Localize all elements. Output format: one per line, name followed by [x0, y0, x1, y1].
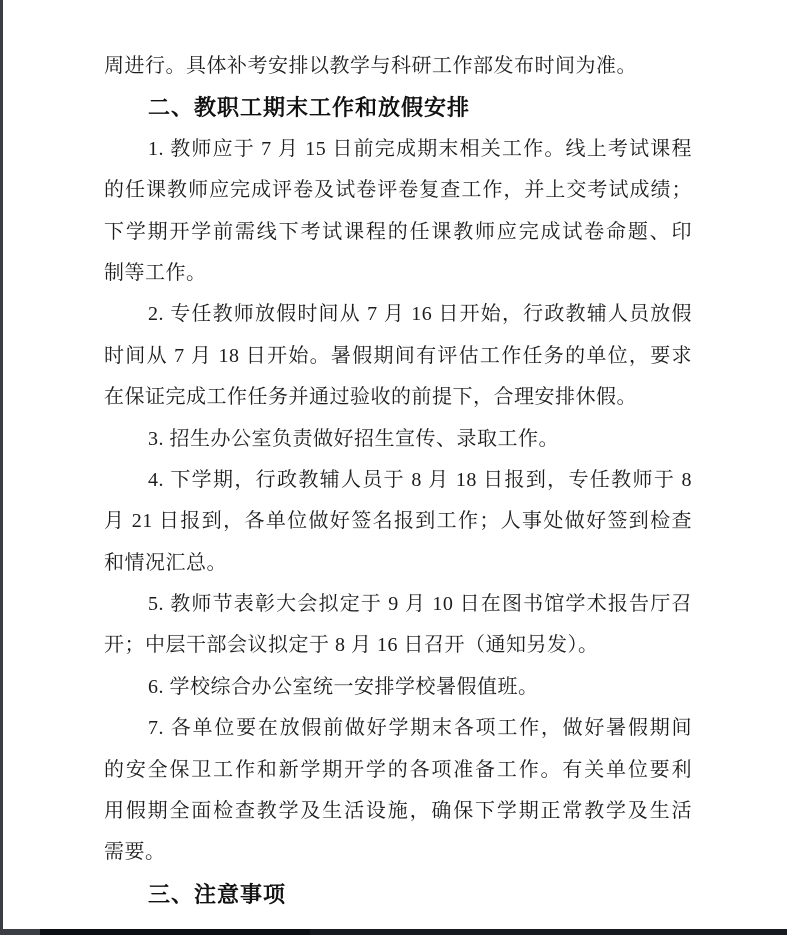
page-bottom-edge-segment — [40, 929, 310, 935]
paragraph: 周进行。具体补考安排以教学与科研工作部发布时间为准。 — [104, 46, 692, 87]
section-heading: 二、教职工期末工作和放假安排 — [104, 87, 692, 128]
paragraph: 1. 教师应于 7 月 15 日前完成期末相关工作。线上考试课程的任课教师应完成… — [104, 129, 692, 295]
paragraph: 2. 专任教师放假时间从 7 月 16 日开始，行政教辅人员放假时间从 7 月 … — [104, 294, 692, 418]
paragraph: 三、注意事项 — [104, 874, 692, 915]
paragraph: 5. 教师节表彰大会拟定于 9 月 10 日在图书馆学术报告厅召开；中层干部会议… — [104, 584, 692, 667]
text-line: 的任课教师应完成评卷及试卷评卷复查工作，并上交考试成绩； — [104, 170, 692, 211]
text-line: 月 21 日报到，各单位做好签名报到工作；人事处做好签到检查 — [104, 501, 692, 542]
text-line: 4. 下学期，行政教辅人员于 8 月 18 日报到，专任教师于 8 — [104, 460, 692, 501]
text-line: 用假期全面检查教学及生活设施，确保下学期正常教学及生活 — [104, 791, 692, 832]
text-line: 下学期开学前需线下考试课程的任课教师应完成试卷命题、印 — [104, 212, 692, 253]
text-line: 在保证完成工作任务并通过验收的前提下，合理安排休假。 — [104, 377, 692, 418]
paragraph: 3. 招生办公室负责做好招生宣传、录取工作。 — [104, 419, 692, 460]
section-heading: 三、注意事项 — [104, 874, 692, 915]
text-line: 时间从 7 月 18 日开始。暑假期间有评估工作任务的单位，要求 — [104, 336, 692, 377]
text-line: 2. 专任教师放假时间从 7 月 16 日开始，行政教辅人员放假 — [104, 294, 692, 335]
text-line: 5. 教师节表彰大会拟定于 9 月 10 日在图书馆学术报告厅召 — [104, 584, 692, 625]
text-line: 制等工作。 — [104, 253, 692, 294]
text-line: 3. 招生办公室负责做好招生宣传、录取工作。 — [104, 419, 692, 460]
page-bottom-edge-segment — [0, 929, 40, 935]
document-body: 周进行。具体补考安排以教学与科研工作部发布时间为准。二、教职工期末工作和放假安排… — [104, 46, 692, 915]
text-line: 开；中层干部会议拟定于 8 月 16 日召开（通知另发）。 — [104, 625, 692, 666]
text-line: 和情况汇总。 — [104, 543, 692, 584]
text-line: 的安全保卫工作和新学期开学的各项准备工作。有关单位要利 — [104, 750, 692, 791]
text-line: 6. 学校综合办公室统一安排学校暑假值班。 — [104, 667, 692, 708]
paragraph: 4. 下学期，行政教辅人员于 8 月 18 日报到，专任教师于 8月 21 日报… — [104, 460, 692, 584]
paragraph: 二、教职工期末工作和放假安排 — [104, 87, 692, 128]
text-line: 需要。 — [104, 832, 692, 873]
text-line: 1. 教师应于 7 月 15 日前完成期末相关工作。线上考试课程 — [104, 129, 692, 170]
page-left-edge — [0, 0, 3, 930]
paragraph: 6. 学校综合办公室统一安排学校暑假值班。 — [104, 667, 692, 708]
text-line: 7. 各单位要在放假前做好学期末各项工作，做好暑假期间 — [104, 708, 692, 749]
text-line: 周进行。具体补考安排以教学与科研工作部发布时间为准。 — [104, 46, 692, 87]
paragraph: 7. 各单位要在放假前做好学期末各项工作，做好暑假期间的安全保卫工作和新学期开学… — [104, 708, 692, 874]
page-bottom-edge — [0, 929, 787, 935]
